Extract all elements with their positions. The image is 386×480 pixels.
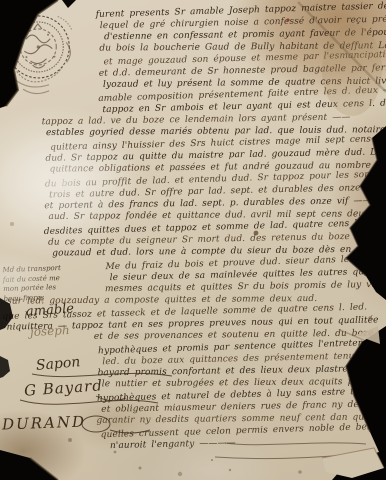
signature-flourishes	[20, 373, 366, 458]
torn-edges-and-stains	[0, 0, 386, 480]
stains-speckles	[10, 2, 386, 478]
manuscript-photo: furent presents Sr amable Joseph tappoz …	[0, 0, 386, 480]
